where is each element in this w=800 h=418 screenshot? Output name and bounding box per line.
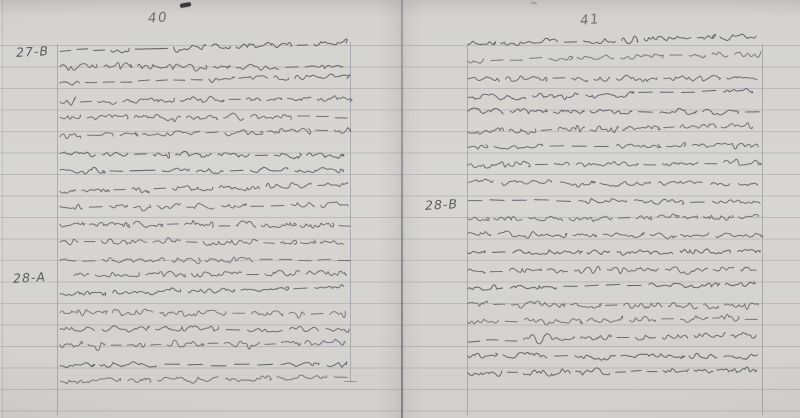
margin-label-28a: 28-A bbox=[13, 269, 47, 286]
margin-label-27b: 27-B bbox=[16, 43, 50, 60]
left-page-margin-rule bbox=[57, 44, 58, 415]
center-gutter-line bbox=[401, 0, 403, 418]
manuscript-line bbox=[60, 35, 346, 60]
manuscript-line bbox=[60, 217, 350, 236]
manuscript-line bbox=[60, 233, 343, 252]
manuscript-line bbox=[468, 275, 754, 297]
photo-left-edge-line bbox=[2, 0, 3, 418]
margin-label-28b: 28-B bbox=[425, 196, 459, 213]
manuscript-line bbox=[468, 155, 759, 176]
smudge-mark bbox=[531, 1, 537, 4]
ink-blot-mark bbox=[180, 2, 191, 7]
manuscript-photo: 40 41 27-B 28-A 28-B bbox=[0, 0, 800, 418]
left-page-right-edge-rule bbox=[350, 42, 351, 382]
manuscript-line bbox=[468, 362, 755, 383]
manuscript-line bbox=[60, 369, 347, 391]
right-page-right-edge-rule bbox=[762, 44, 763, 415]
manuscript-line bbox=[60, 197, 348, 218]
page-number-right: 41 bbox=[579, 11, 601, 29]
manuscript-line bbox=[468, 243, 760, 262]
manuscript-line bbox=[60, 335, 344, 355]
page-number-left: 40 bbox=[147, 9, 168, 26]
